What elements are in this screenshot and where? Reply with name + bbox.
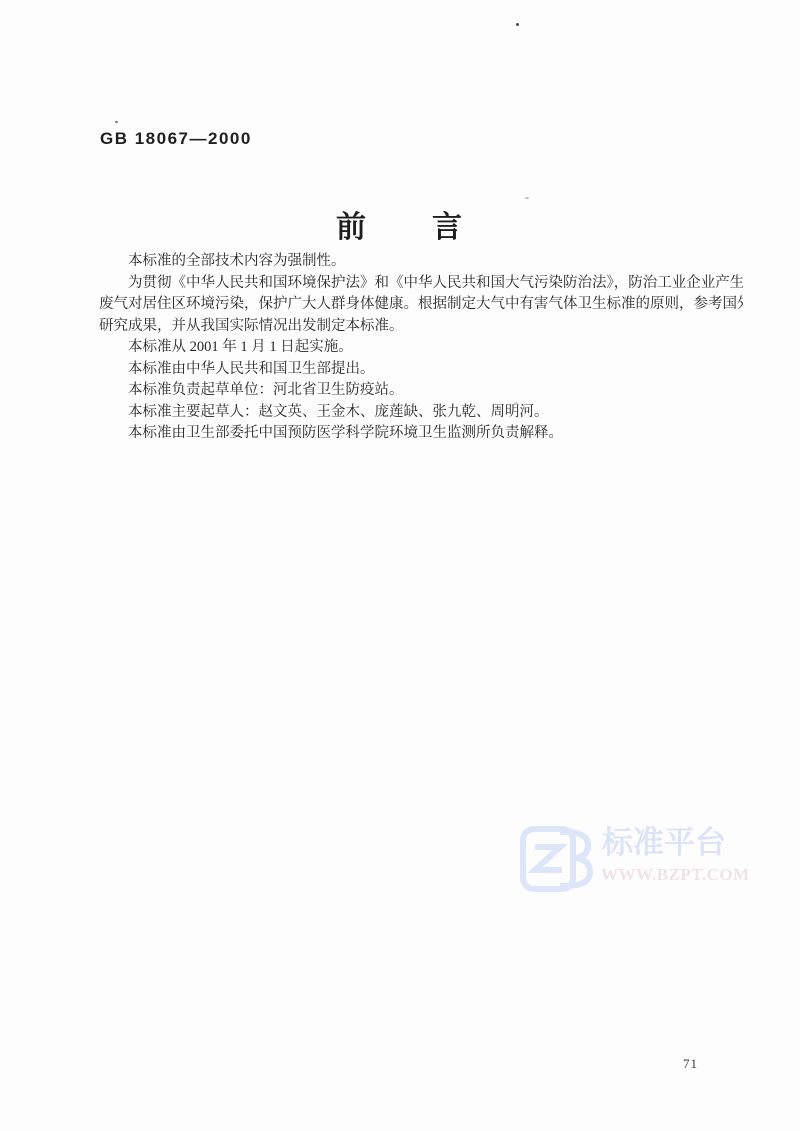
standard-code: GB 18067—2000 [100, 129, 252, 149]
foreword-line: 研究成果，并从我国实际情况出发制定本标准。 [99, 316, 743, 338]
page-title: 前 言 [0, 202, 800, 246]
foreword-line: 本标准由中华人民共和国卫生部提出。 [99, 359, 743, 381]
foreword-line: 本标准由卫生部委托中国预防医学科学院环境卫生监测所负责解释。 [99, 423, 743, 445]
document-page: GB 18067—2000 前 言 本标准的全部技术内容为强制性。 为贯彻《中华… [0, 0, 800, 1131]
bzpt-logo-icon [520, 826, 598, 892]
foreword-line: 本标准主要起草人：赵文英、王金木、庞莲缺、张九乾、周明河。 [99, 402, 743, 424]
foreword-line: 本标准负责起草单位：河北省卫生防疫站。 [99, 380, 743, 402]
page-number: 71 [683, 1056, 698, 1072]
foreword-line: 为贯彻《中华人民共和国环境保护法》和《中华人民共和国大气污染防治法》，防治工业企… [99, 273, 743, 295]
foreword-line: 废气对居住区环境污染，保护广大人群身体健康。根据制定大气中有害气体卫生标准的原则… [99, 294, 743, 316]
scan-speck [115, 121, 118, 123]
foreword-line: 本标准从 2001 年 1 月 1 日起实施。 [99, 337, 743, 359]
scan-speck [516, 23, 519, 26]
watermark-url-text: WWW.BZPT.COM [601, 865, 750, 885]
watermark: 标准平台 WWW.BZPT.COM [516, 816, 736, 906]
scan-speck [514, 402, 518, 405]
foreword-line: 本标准的全部技术内容为强制性。 [99, 251, 743, 273]
watermark-brand-text: 标准平台 [602, 827, 726, 858]
foreword-body: 本标准的全部技术内容为强制性。 为贯彻《中华人民共和国环境保护法》和《中华人民共… [99, 251, 743, 445]
scan-speck [525, 197, 529, 199]
